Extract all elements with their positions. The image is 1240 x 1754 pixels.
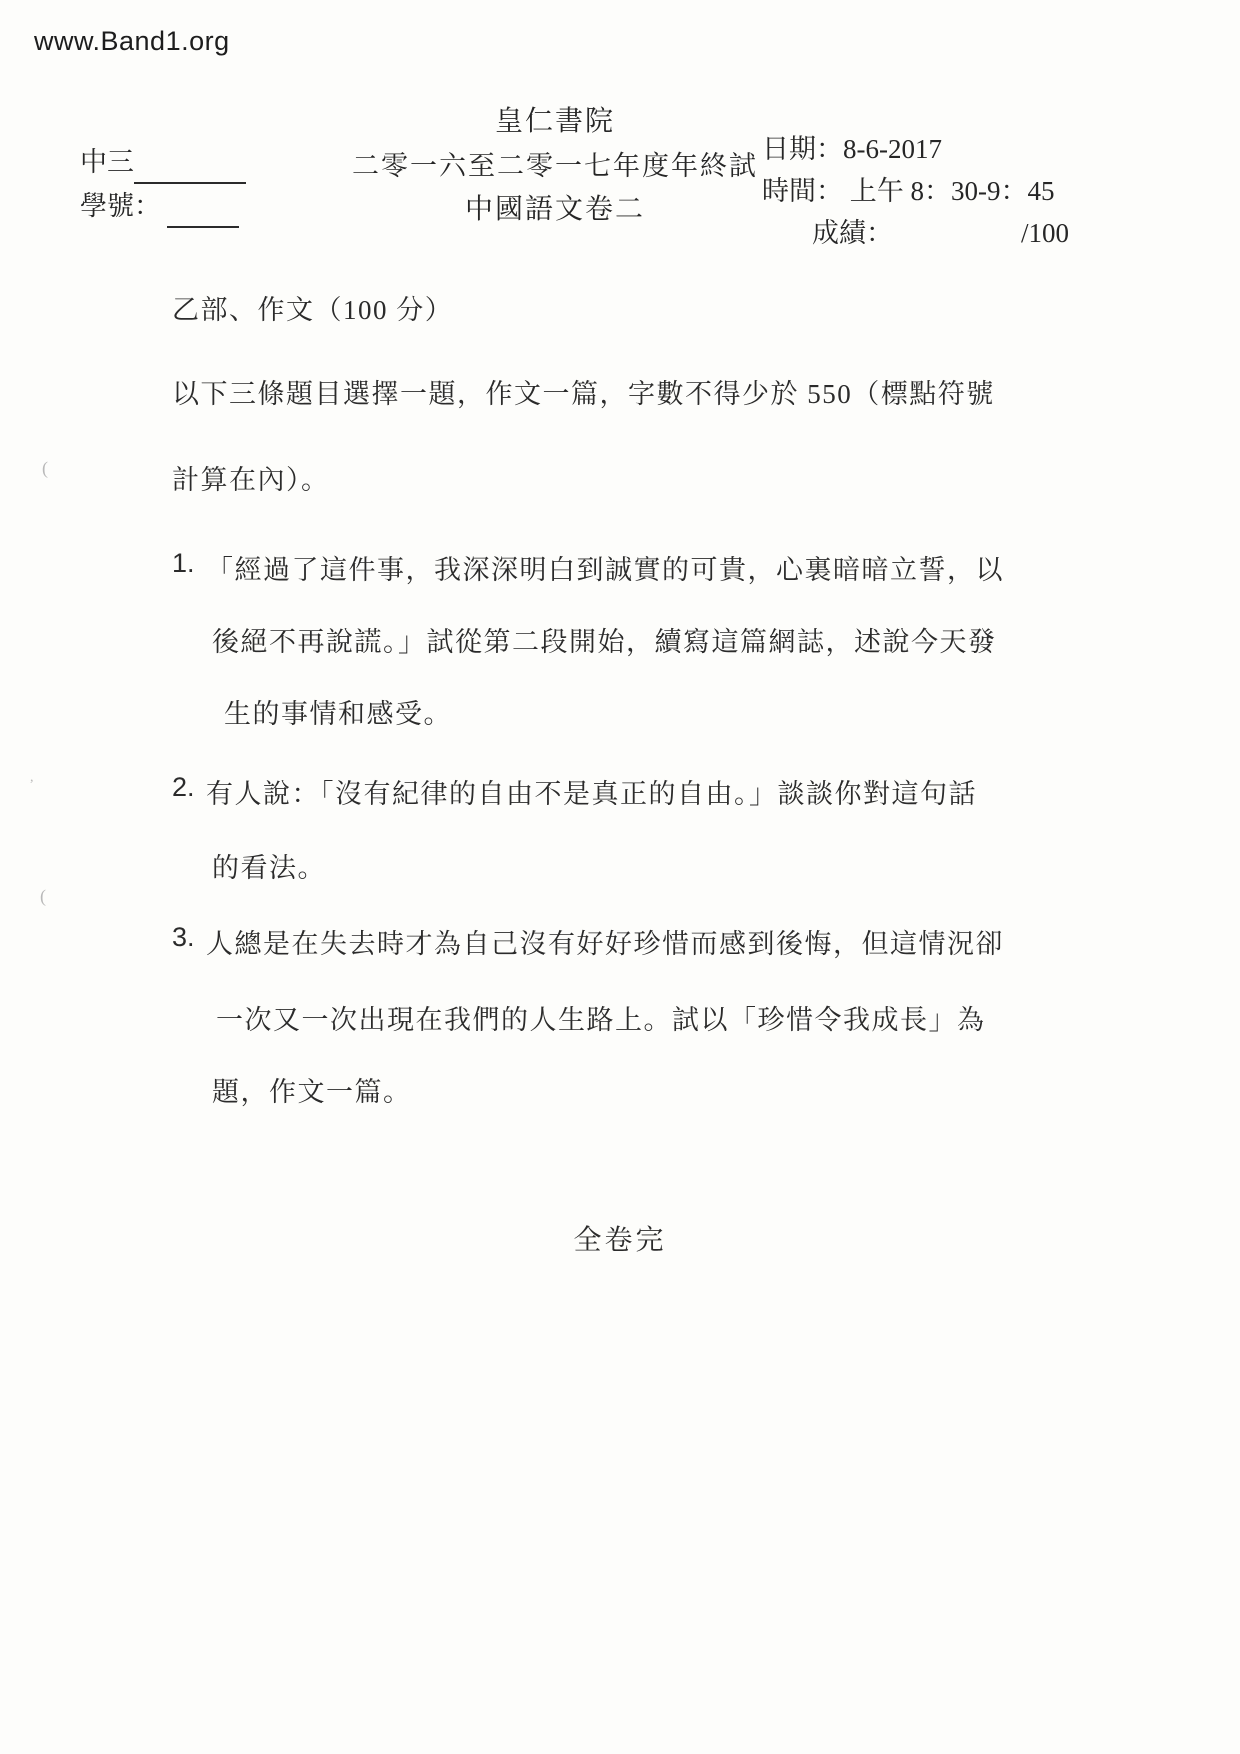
exam-paper-page: www.Band1.org 中三 學號： 皇仁書院 二零一六至二零一七年度年終試… bbox=[0, 0, 1240, 1754]
question-2-line-1: 有人說：「沒有紀律的自由不是真正的自由。」談談你對這句話 bbox=[206, 772, 977, 811]
class-row: 中三 bbox=[80, 140, 246, 184]
student-no-label: 學號： bbox=[80, 191, 161, 221]
school-name: 皇仁書院 bbox=[340, 100, 770, 144]
student-info-block: 中三 學號： bbox=[80, 140, 246, 228]
question-1-line-2: 後絕不再說謊。」試從第二段開始，續寫這篇網誌，述說今天發 bbox=[212, 620, 997, 659]
class-label: 中三 bbox=[80, 147, 134, 177]
score-denominator: /100 bbox=[1021, 212, 1069, 254]
end-of-paper-text: 全卷完 bbox=[0, 1218, 1240, 1258]
scan-artifact: ( bbox=[40, 886, 46, 907]
scan-artifact: , bbox=[30, 770, 34, 786]
student-no-row: 學號： bbox=[80, 184, 246, 228]
exam-header: 皇仁書院 二零一六至二零一七年度年終試 中國語文卷二 bbox=[340, 100, 770, 232]
instruction-line-2: 計算在內）。 bbox=[172, 458, 330, 497]
question-1-number: 1. bbox=[172, 548, 195, 579]
question-3-number: 3. bbox=[172, 922, 195, 953]
question-1-line-3: 生的事情和感受。 bbox=[224, 692, 452, 731]
exam-meta-block: 日期：8-6-2017 時間： 上午 8：30-9：45 成績：/100 bbox=[762, 128, 1092, 254]
question-1-line-1: 「經過了這件事，我深深明白到誠實的可貴，心裏暗暗立誓，以 bbox=[206, 548, 1004, 587]
student-no-blank-line bbox=[167, 200, 239, 228]
exam-title: 二零一六至二零一七年度年終試 bbox=[340, 144, 770, 188]
section-title: 乙部、作文（100 分） bbox=[172, 288, 453, 327]
score-line: 成績：/100 bbox=[762, 212, 1092, 254]
time-line: 時間： 上午 8：30-9：45 bbox=[762, 170, 1092, 212]
scan-artifact: ( bbox=[42, 458, 48, 479]
paper-title: 中國語文卷二 bbox=[340, 188, 770, 232]
score-label: 成績： bbox=[812, 218, 893, 248]
question-3-line-1: 人總是在失去時才為自己沒有好好珍惜而感到後悔，但這情況卻 bbox=[206, 922, 1004, 961]
question-2-line-2: 的看法。 bbox=[212, 846, 326, 885]
question-3-line-3: 題，作文一篇。 bbox=[212, 1070, 412, 1109]
question-3-line-2: 一次又一次出現在我們的人生路上。試以「珍惜令我成長」為 bbox=[216, 998, 986, 1037]
class-blank-line bbox=[134, 156, 246, 184]
question-2-number: 2. bbox=[172, 772, 195, 803]
watermark: www.Band1.org bbox=[34, 26, 230, 57]
date-line: 日期：8-6-2017 bbox=[762, 128, 1092, 170]
instruction-line-1: 以下三條題目選擇一題，作文一篇，字數不得少於 550（標點符號 bbox=[172, 372, 995, 411]
